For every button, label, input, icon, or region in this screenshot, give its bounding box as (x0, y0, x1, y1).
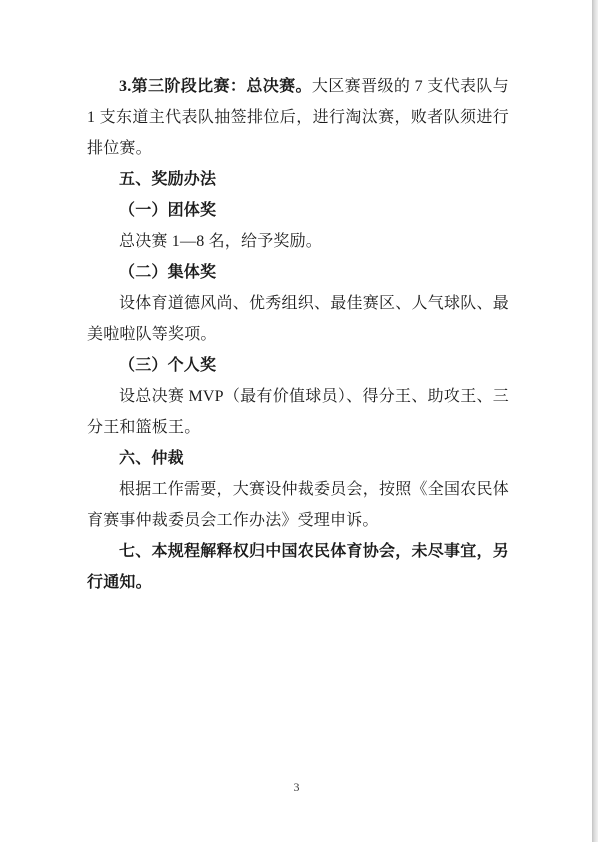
page-number: 3 (294, 780, 300, 794)
paragraph-heading-sans: 六、仲裁 (87, 443, 509, 474)
text-run: 六、仲裁 (119, 450, 184, 467)
document-body: 3.第三阶段比赛：总决赛。大区赛晋级的 7 支代表队与 1 支东道主代表队抽签排… (87, 71, 509, 598)
paragraph-heading-sans: 五、奖励办法 (87, 164, 509, 195)
paragraph-heading-serif: （一）团体奖 (87, 195, 509, 226)
text-run: 根据工作需要，大赛设仲裁委员会，按照《全国农民体育赛事仲裁委员会工作办法》受理申… (87, 481, 509, 529)
text-run: 设总决赛 MVP（最有价值球员）、得分王、助攻王、三分王和篮板王。 (87, 388, 509, 436)
paragraph-body: 设体育道德风尚、优秀组织、最佳赛区、人气球队、最美啦啦队等奖项。 (87, 288, 509, 350)
document-page: 3.第三阶段比赛：总决赛。大区赛晋级的 7 支代表队与 1 支东道主代表队抽签排… (0, 0, 598, 842)
text-run: 3.第三阶段比赛：总决赛。 (119, 78, 312, 95)
page-right-edge-shadow (592, 0, 598, 842)
paragraph-body: 根据工作需要，大赛设仲裁委员会，按照《全国农民体育赛事仲裁委员会工作办法》受理申… (87, 474, 509, 536)
text-run: （三）个人奖 (119, 357, 216, 374)
text-run: 五、奖励办法 (119, 171, 216, 188)
text-run: 七、本规程解释权归中国农民体育协会，未尽事宜，另行通知。 (87, 543, 509, 591)
paragraph-body: 总决赛 1—8 名，给予奖励。 (87, 226, 509, 257)
text-run: （一）团体奖 (119, 202, 216, 219)
paragraph-heading-serif: （三）个人奖 (87, 350, 509, 381)
text-run: （二）集体奖 (119, 264, 216, 281)
text-run: 设体育道德风尚、优秀组织、最佳赛区、人气球队、最美啦啦队等奖项。 (87, 295, 509, 343)
paragraph-body-bold-sans: 七、本规程解释权归中国农民体育协会，未尽事宜，另行通知。 (87, 536, 509, 598)
paragraph-heading-serif: （二）集体奖 (87, 257, 509, 288)
page-footer: 3 (0, 778, 593, 796)
text-run: 总决赛 1—8 名，给予奖励。 (119, 233, 322, 250)
paragraph-body: 设总决赛 MVP（最有价值球员）、得分王、助攻王、三分王和篮板王。 (87, 381, 509, 443)
paragraph-body: 3.第三阶段比赛：总决赛。大区赛晋级的 7 支代表队与 1 支东道主代表队抽签排… (87, 71, 509, 164)
